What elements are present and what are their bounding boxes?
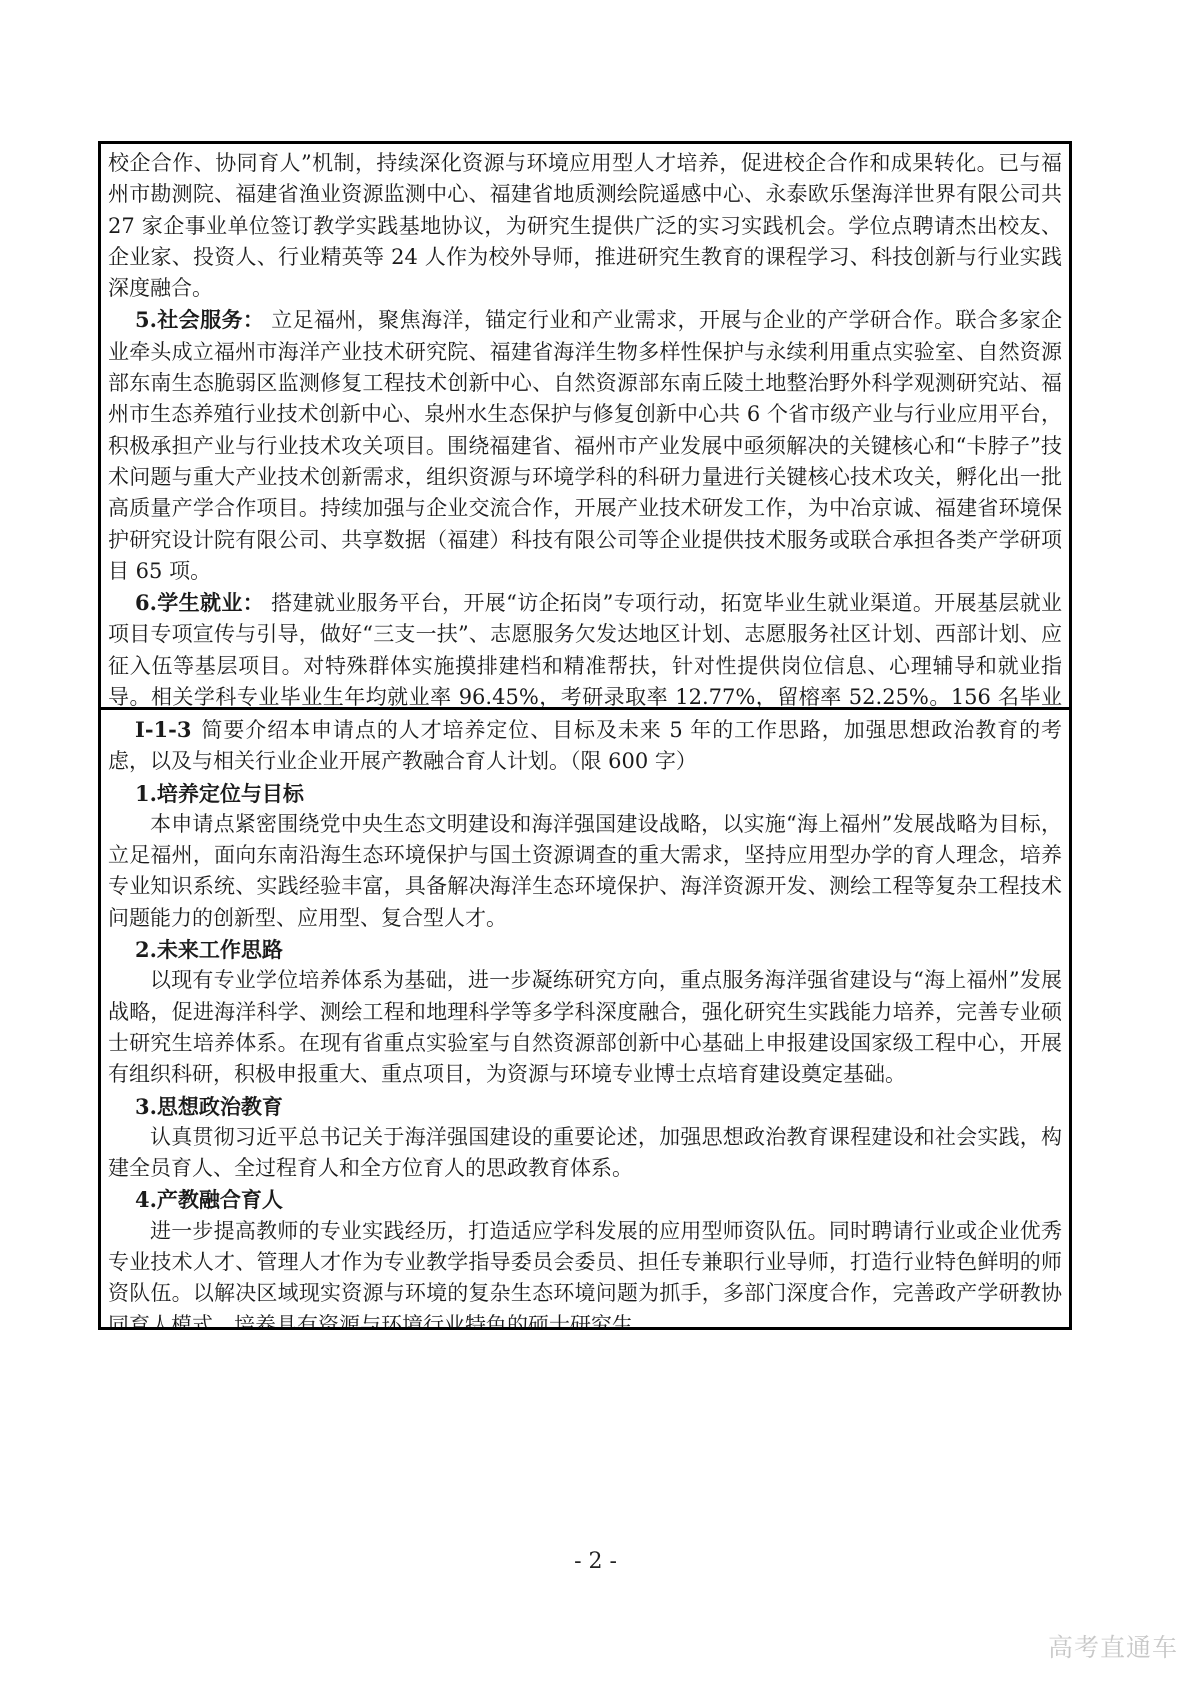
paragraph-student-employment: 6.学生就业： 搭建就业服务平台，开展“访企拓岗”专项行动，拓宽毕业生就业渠道。…	[108, 587, 1062, 710]
section-heading-2: 2.未来工作思路	[108, 934, 1062, 965]
paragraph-text: 立足福州，聚焦海洋，锚定行业和产业需求，开展与企业的产学研合作。联合多家企业牵头…	[108, 308, 1062, 582]
section-heading-4: 4.产教融合育人	[108, 1184, 1062, 1215]
paragraph-label: 5.社会服务：	[135, 307, 264, 332]
section-body-1: 本申请点紧密围绕党中央生态文明建设和海洋强国建设战略，以实施“海上福州”发展战略…	[108, 809, 1062, 934]
page-number: - 2 -	[0, 1549, 1191, 1574]
section-heading-3: 3.思想政治教育	[108, 1091, 1062, 1122]
paragraph-text: 校企合作、协同育人”机制，持续深化资源与环境应用型人才培养，促进校企合作和成果转…	[108, 151, 1062, 300]
paragraph-label: 6.学生就业：	[135, 590, 264, 615]
table-cell-i-1-3: I-1-3简要介绍本申请点的人才培养定位、目标及未来 5 年的工作思路，加强思想…	[101, 710, 1069, 1327]
question-number-label: I-1-3	[135, 717, 191, 742]
section-heading-1: 1.培养定位与目标	[108, 778, 1062, 809]
paragraph-continuation: 校企合作、协同育人”机制，持续深化资源与环境应用型人才培养，促进校企合作和成果转…	[108, 148, 1062, 304]
paragraph-social-service: 5.社会服务： 立足福州，聚焦海洋，锚定行业和产业需求，开展与企业的产学研合作。…	[108, 304, 1062, 587]
section-body-4: 进一步提高教师的专业实践经历，打造适应学科发展的应用型师资队伍。同时聘请行业或企…	[108, 1216, 1062, 1327]
question-text: 简要介绍本申请点的人才培养定位、目标及未来 5 年的工作思路，加强思想政治教育的…	[108, 718, 1062, 773]
application-form-table: 校企合作、协同育人”机制，持续深化资源与环境应用型人才培养，促进校企合作和成果转…	[98, 141, 1072, 1330]
watermark: 高考直通车	[1048, 1628, 1178, 1664]
section-body-3: 认真贯彻习近平总书记关于海洋强国建设的重要论述，加强思想政治教育课程建设和社会实…	[108, 1122, 1062, 1185]
table-cell-university-service-employment: 校企合作、协同育人”机制，持续深化资源与环境应用型人才培养，促进校企合作和成果转…	[101, 144, 1069, 710]
question-i-1-3: I-1-3简要介绍本申请点的人才培养定位、目标及未来 5 年的工作思路，加强思想…	[108, 714, 1062, 778]
section-body-2: 以现有专业学位培养体系为基础，进一步凝练研究方向，重点服务海洋强省建设与“海上福…	[108, 965, 1062, 1090]
